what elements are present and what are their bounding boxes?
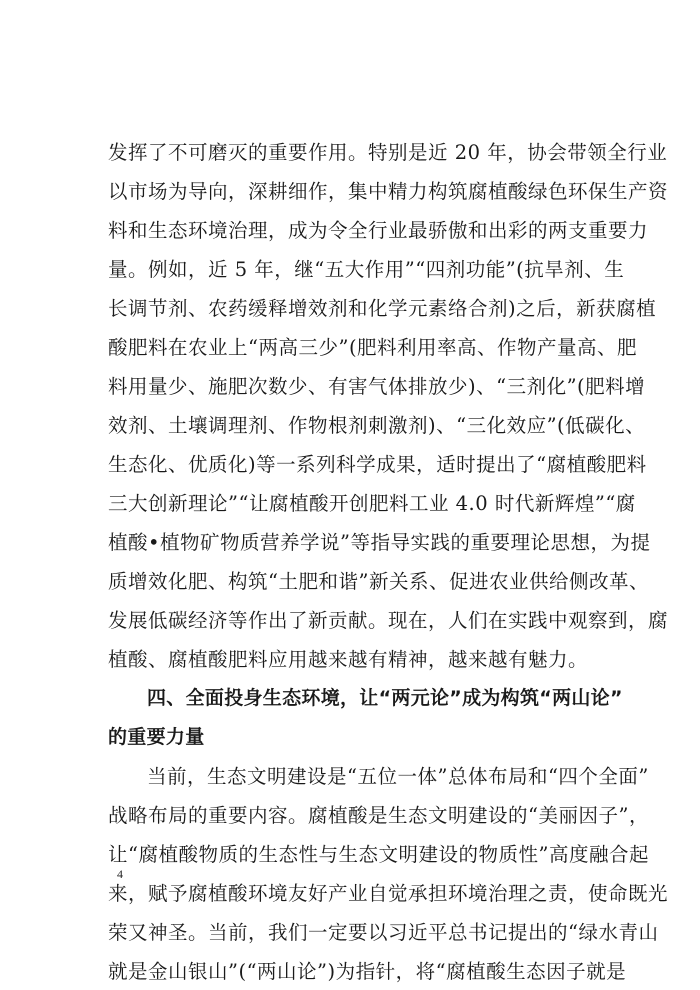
text-line: 让“腐植酸物质的生态性与生态文明建设的物质性”高度融合起 xyxy=(108,835,600,874)
text-line: 酸肥料在农业上“两高三少”(肥料利用率高、作物产量高、肥 xyxy=(108,328,600,367)
text-line: 以市场为导向，深耕细作，集中精力构筑腐植酸绿色环保生产资 xyxy=(108,172,600,211)
text-line: 效剂、土壤调理剂、作物根剂刺激剂)、“三化效应”(低碳化、 xyxy=(108,406,600,445)
text-line: 生态化、优质化)等一系列科学成果，适时提出了“腐植酸肥料 xyxy=(108,445,600,484)
text-line: 植酸、腐植酸肥料应用越来越有精神，越来越有魅力。 xyxy=(108,640,600,679)
text-line: 长调节剂、农药缓释增效剂和化学元素络合剂)之后，新获腐植 xyxy=(108,289,600,328)
text-line: 荣又神圣。当前，我们一定要以习近平总书记提出的“绿水青山 xyxy=(108,913,600,952)
text-line: 量。例如，近 5 年，继“五大作用”“四剂功能”(抗旱剂、生 xyxy=(108,250,600,289)
paragraph-2: 当前，生态文明建设是“五位一体”总体布局和“四个全面” 战略布局的重要内容。腐植… xyxy=(108,757,600,990)
text-line: 当前，生态文明建设是“五位一体”总体布局和“四个全面” xyxy=(108,757,600,796)
text-line: 发挥了不可磨灭的重要作用。特别是近 20 年，协会带领全行业 xyxy=(108,133,600,172)
text-line: 料和生态环境治理，成为令全行业最骄傲和出彩的两支重要力 xyxy=(108,211,600,250)
text-line: 来，赋予腐植酸环境友好产业自觉承担环境治理之责，使命既光 xyxy=(108,874,600,913)
page-number: 4 xyxy=(117,867,123,882)
text-line: 就是金山银山”(“两山论”)为指针，将“腐植酸生态因子就是 xyxy=(108,952,600,990)
section-heading: 四、全面投身生态环境，让“两元论”成为构筑“两山论” 的重要力量 xyxy=(108,679,600,757)
text-line: 三大创新理论”“让腐植酸开创肥料工业 4.0 时代新辉煌”“腐 xyxy=(108,484,600,523)
text-line: 发展低碳经济等作出了新贡献。现在，人们在实践中观察到，腐 xyxy=(108,601,600,640)
text-line: 料用量少、施肥次数少、有害气体排放少)、“三剂化”(肥料增 xyxy=(108,367,600,406)
document-page: 发挥了不可磨灭的重要作用。特别是近 20 年，协会带领全行业 以市场为导向，深耕… xyxy=(108,133,600,990)
paragraph-1: 发挥了不可磨灭的重要作用。特别是近 20 年，协会带领全行业 以市场为导向，深耕… xyxy=(108,133,600,679)
text-line: 质增效化肥、构筑“土肥和谐”新关系、促进农业供给侧改革、 xyxy=(108,562,600,601)
heading-line: 的重要力量 xyxy=(108,718,600,757)
text-line: 植酸•植物矿物质营养学说”等指导实践的重要理论思想，为提 xyxy=(108,523,600,562)
heading-line: 四、全面投身生态环境，让“两元论”成为构筑“两山论” xyxy=(108,679,600,718)
text-line: 战略布局的重要内容。腐植酸是生态文明建设的“美丽因子”， xyxy=(108,796,600,835)
